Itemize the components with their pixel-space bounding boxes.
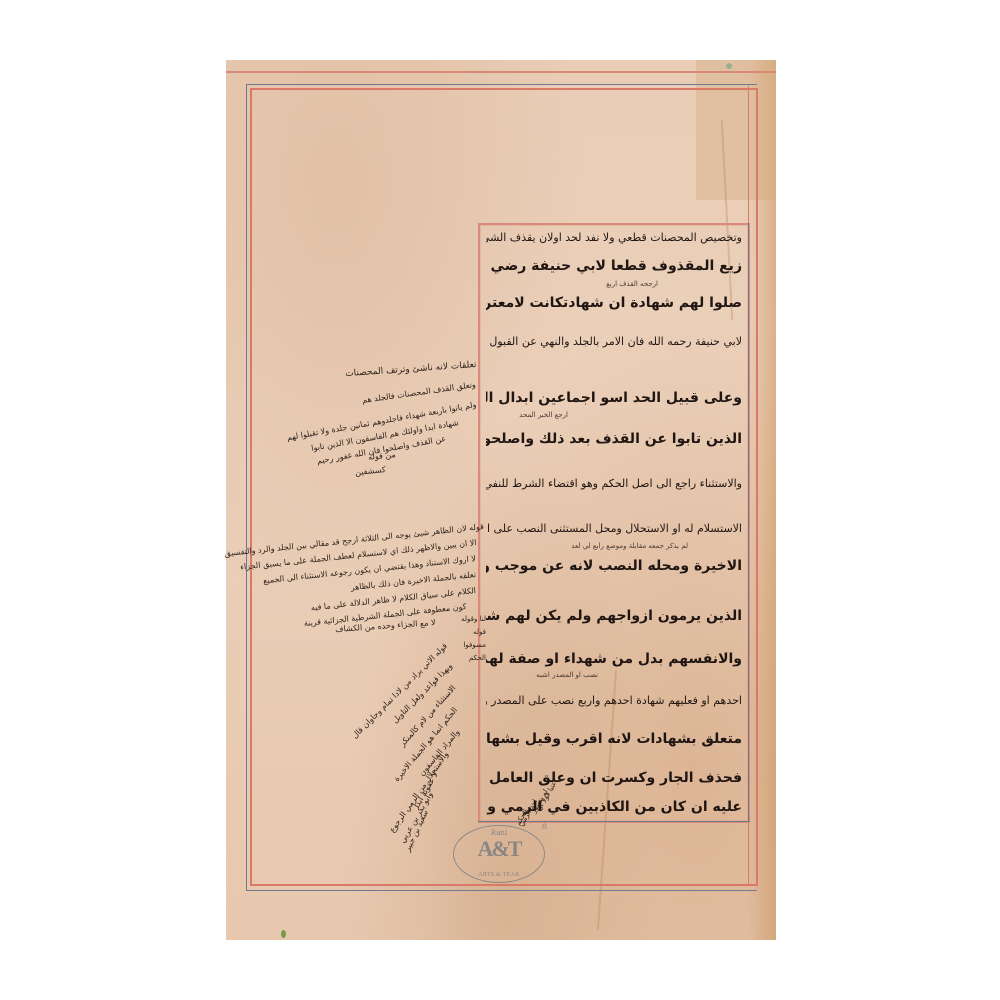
gloss-line: لنا وقوله [461,615,486,623]
text-line: الذين يرمون ازواجهم ولم يكن لهم شهداء ال… [486,608,742,624]
text-block-blue-rule [748,223,749,821]
gloss-line: مسوفوا [463,641,486,649]
watermark-bottom-text: ARTS & TEAK [454,872,544,878]
text-line: الذين تابوا عن القذف بعد ذلك واصلحوا احو… [486,431,742,447]
text-line: متعلق بشهادات لانه اقرب وقيل بشهادة لتقد… [486,731,742,747]
text-line: وعلى قبيل الحد اسو اجماعين ابدال الرتب و… [486,390,742,406]
outer-rule-top [226,71,776,73]
text-line: الاستسلام له او الاستحلال ومحل المستثنى … [486,522,742,535]
gloss-line: الحكم [469,654,486,662]
registered-trademark-icon: ® [541,823,548,831]
main-text-block: وتخصيص المحصنات قطعي ولا نفد لحد اولان ي… [478,223,750,823]
interlinear-note: لم يذكر جمعه مقابلة وموضع رابع لي لعد [571,542,688,550]
text-line: زيع المقذوف قطعا لابي حنيفة رضي الله عنه… [486,258,742,274]
text-line: والاستثناء راجع الى اصل الحكم وهو اقتضاء… [486,477,742,490]
gloss-line: قوله [473,628,486,636]
arts-and-teak-watermark-logo: Rani A&T ARTS & TEAK ® [453,825,545,883]
interlinear-note: ارجع الخبر المحد [519,411,568,419]
watermark-monogram: A&T [454,838,544,860]
text-line: وتخصيص المحصنات قطعي ولا نفد لحد اولان ي… [486,231,742,244]
interlinear-note: نصب او المصدر اشبه [536,671,598,679]
text-line: احدهم او فعليهم شهادة احدهم واربع نصب عل… [486,694,742,707]
green-spot [726,63,732,69]
green-spot [281,930,286,938]
text-line: الاخيرة ومحله النصب لانه عن موجب وقيل من… [486,558,742,574]
text-line: صلوا لهم شهادة ان شهادتكانت لامعتر وفيل … [486,295,742,311]
text-line: فحذف الجار وكسرت ان وعلق العامل عنه بالل… [486,770,742,786]
interlinear-note: ارجحه القذف اربع [606,280,658,288]
text-line: لابي حنيفة رحمه الله فان الامر بالجلد وا… [486,335,742,348]
manuscript-page: وتخصيص المحصنات قطعي ولا نفد لحد اولان ي… [226,60,776,940]
text-line: والانفسهم بدل من شهداء او صفة لهم على ان… [486,651,742,667]
